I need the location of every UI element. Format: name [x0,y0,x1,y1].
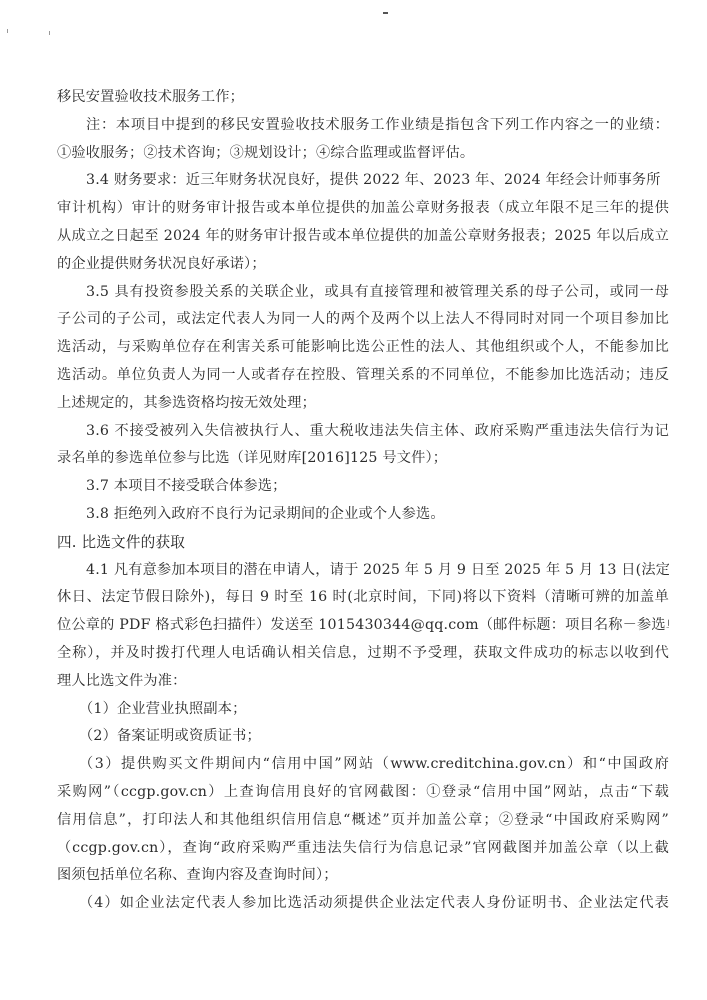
text-line: 3.5 具有投资参股关系的关联企业，或具有直接管理和被管理关系的母子公司，或同一… [57,279,669,307]
text-line: （1）企业营业执照副本； [57,696,669,724]
text-line: 录名单的参选单位参与比选（详见财库[2016]125 号文件）； [57,445,669,473]
text-line: （3）提供购买文件期间内“信用中国”网站（www.creditchina.gov… [57,751,669,779]
text-line: 上述规定的，其参选资格均按无效处理； [57,390,669,418]
text-line: 审计机构）审计的财务审计报告或本单位提供的加盖公章财务报表（成立年限不足三年的提… [57,195,669,223]
text-line: 信用信息”，打印法人和其他组织信用信息“概述”页并加盖公章；②登录“中国政府采购… [57,807,669,835]
text-line: ①验收服务；②技术咨询；③规划设计；④综合监理或监督评估。 [57,140,669,168]
text-line: 全称），并及时拨打代理人电话确认相关信息，过期不予受理，获取文件成功的标志以收到… [57,640,669,668]
text-line: 从成立之日起至 2024 年的财务审计报告或本单位提供的加盖公章财务报表；202… [57,223,669,251]
text-line: 3.6 不接受被列入失信被执行人、重大税收违法失信主体、政府采购严重违法失信行为… [57,418,669,446]
text-line: 图须包括单位名称、查询内容及查询时间）； [57,862,669,890]
scan-mark [49,31,50,35]
text-line: 选活动。单位负责人为同一人或者存在控股、管理关系的不同单位，不能参加比选活动；违… [57,362,669,390]
text-line: 的企业提供财务状况良好承诺）； [57,251,669,279]
text-line: 休日、法定节假日除外)，每日 9 时至 16 时(北京时间，下同)将以下资料（清… [57,584,669,612]
scan-mark [383,12,388,14]
text-line: 3.8 拒绝列入政府不良行为记录期间的企业或个人参选。 [57,501,669,529]
text-line: 子公司的子公司，或法定代表人为同一人的两个及两个以上法人不得同时对同一个项目参加… [57,306,669,334]
text-line: 选活动，与采购单位存在利害关系可能影响比选公正性的法人、其他组织或个人，不能参加… [57,334,669,362]
scan-mark [7,29,8,33]
text-line: 3.7 本项目不接受联合体参选； [57,473,669,501]
text-line: 理人比选文件为准： [57,668,669,696]
section-heading: 四. 比选文件的获取 [57,529,669,557]
text-line: 移民安置验收技术服务工作； [57,84,669,112]
text-line: （2）备案证明或资质证书； [57,723,669,751]
text-line: （ccgp.gov.cn），查询“政府采购严重违法失信行为信息记录”官网截图并加… [57,835,669,863]
text-line: 采购网”（ccgp.gov.cn）上查询信用良好的官网截图：①登录“信用中国”网… [57,779,669,807]
text-line: 3.4 财务要求：近三年财务状况良好，提供 2022 年、2023 年、2024… [57,167,669,195]
text-line: （4）如企业法定代表人参加比选活动须提供企业法定代表人身份证明书、企业法定代表 [57,890,669,918]
text-line: 注：本项目中提到的移民安置验收技术服务工作业绩是指包含下列工作内容之一的业绩： [57,112,669,140]
text-line: 4.1 凡有意参加本项目的潜在申请人，请于 2025 年 5 月 9 日至 20… [57,557,669,585]
text-line: 位公章的 PDF 格式彩色扫描件）发送至 1015430344@qq.com（邮… [57,612,669,640]
document-page: 移民安置验收技术服务工作；注：本项目中提到的移民安置验收技术服务工作业绩是指包含… [57,84,669,918]
